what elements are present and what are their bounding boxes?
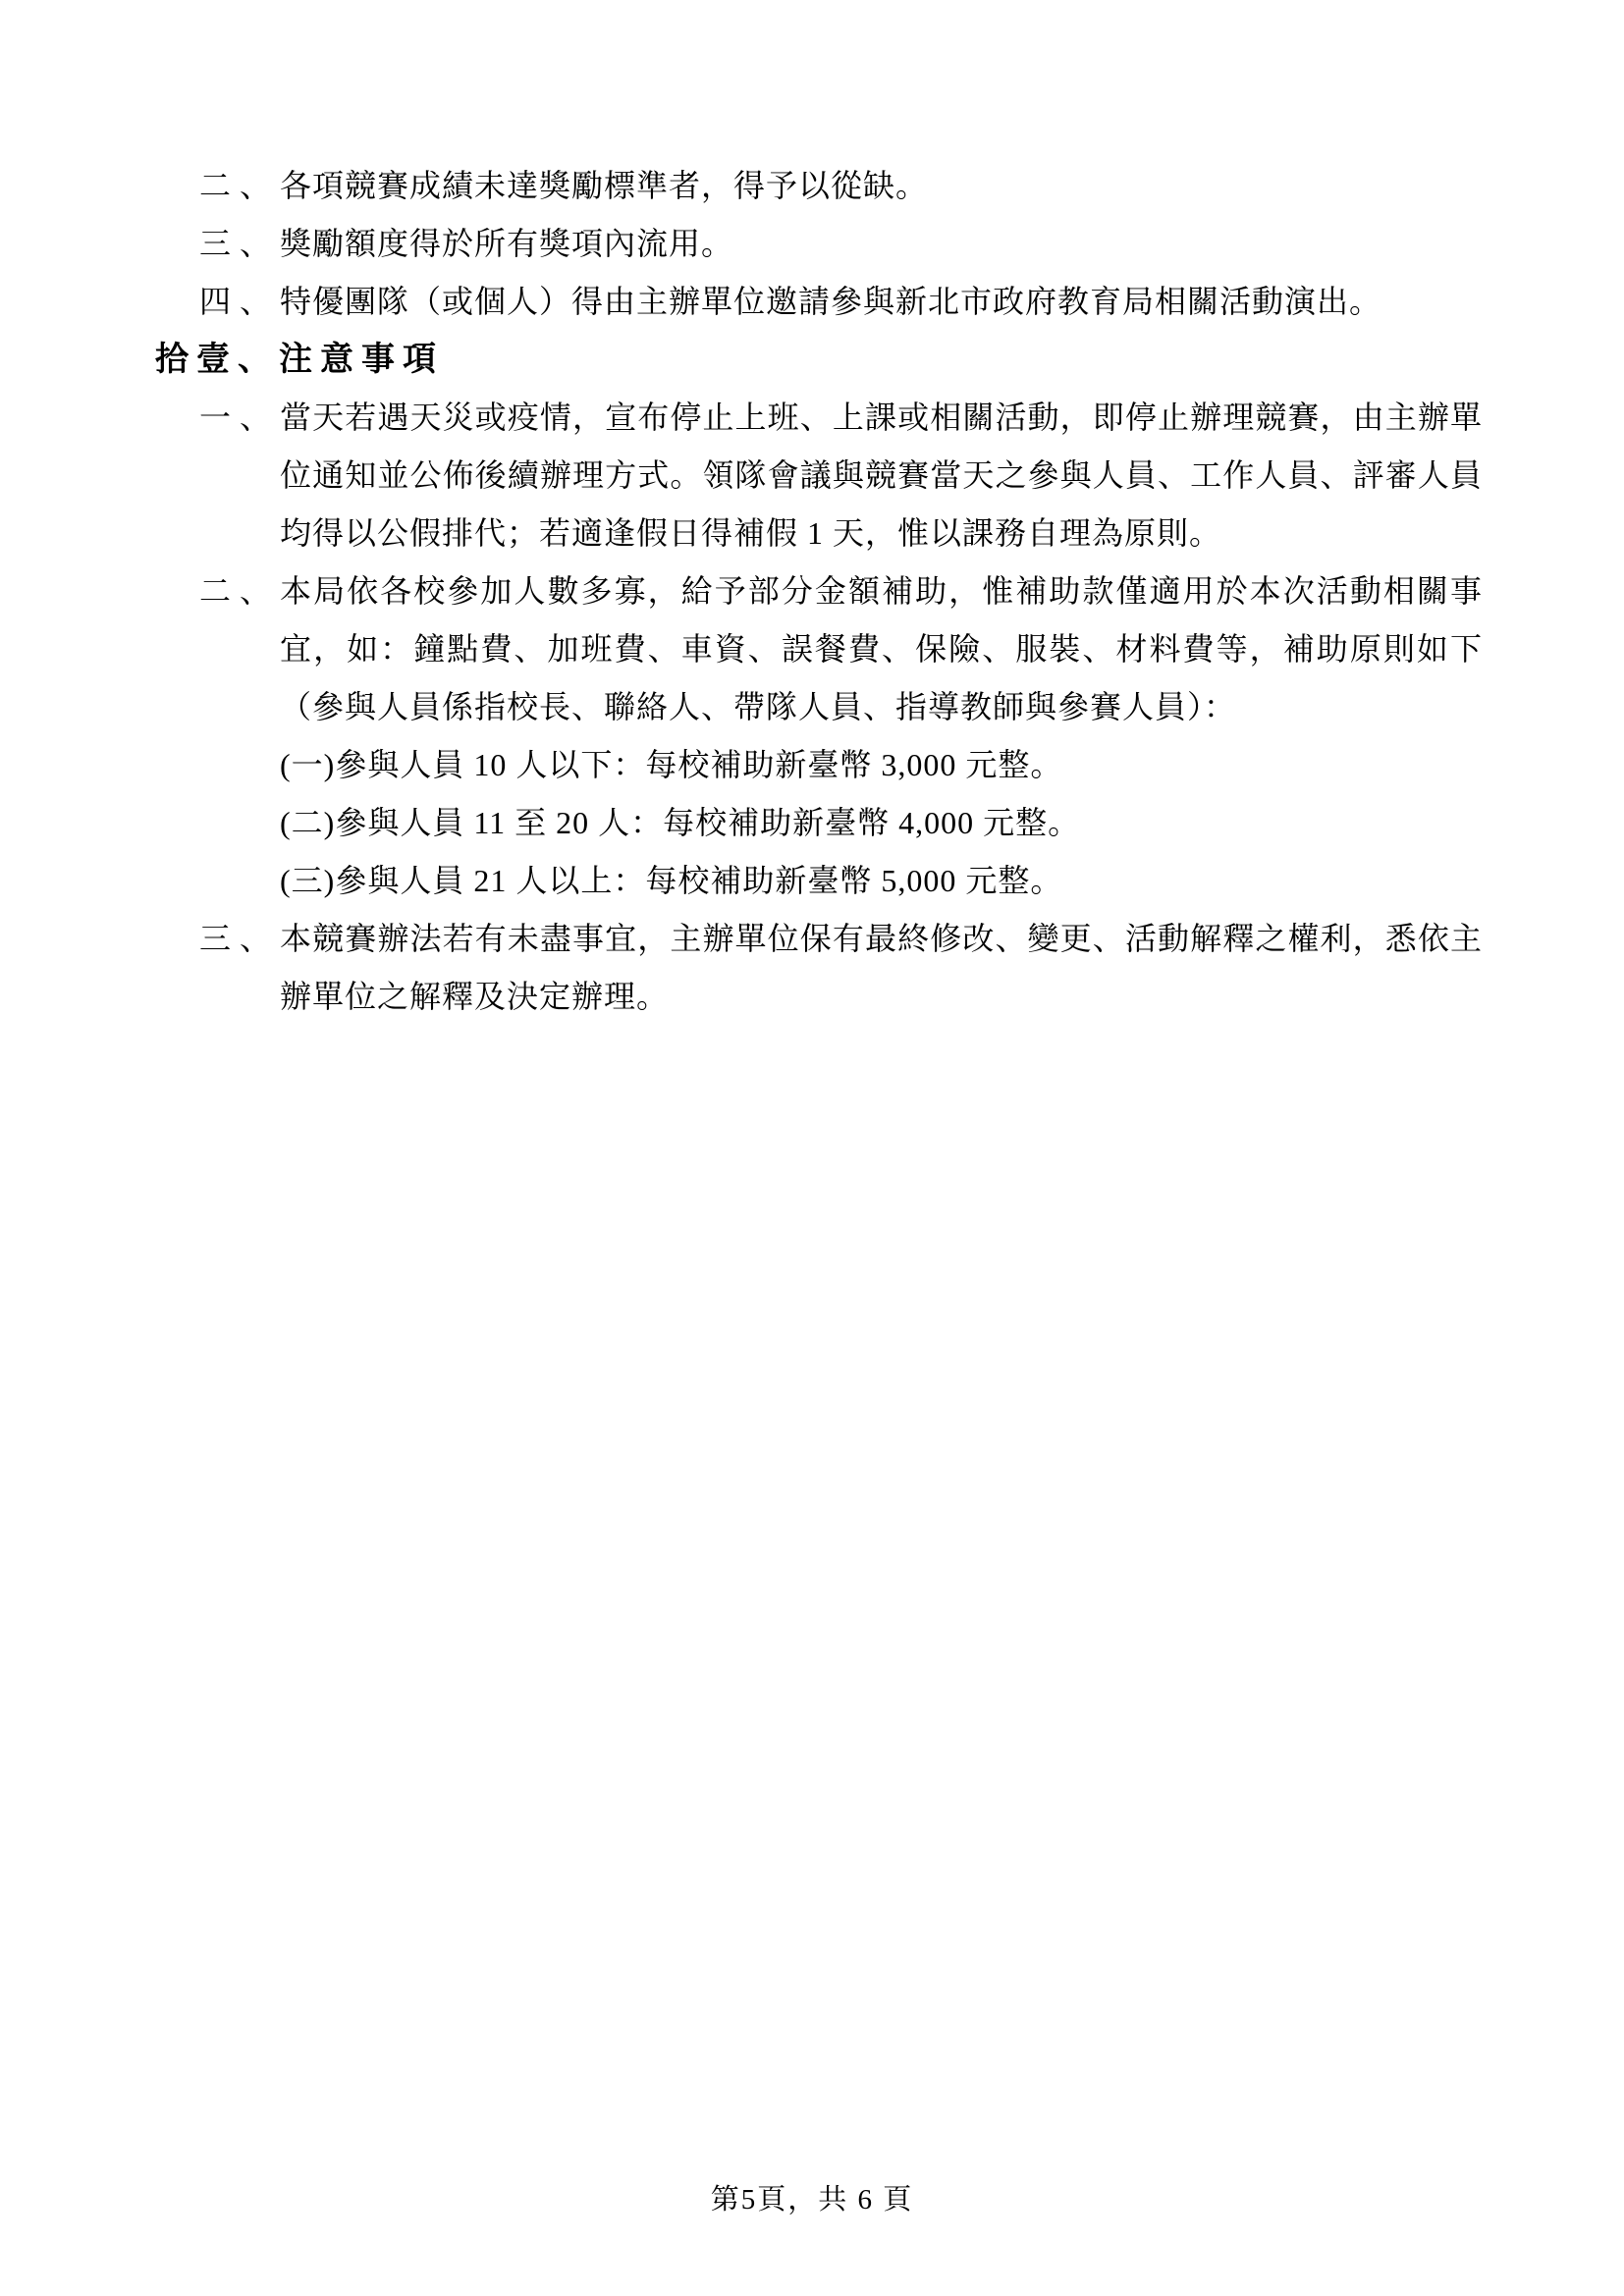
list-item-number: 二、 — [199, 562, 280, 910]
list-item-text: 本競賽辦法若有未盡事宜，主辦單位保有最終修改、變更、活動解釋之權利，悉依主辦單位… — [280, 910, 1483, 1026]
list-item-body: 獎勵額度得於所有獎項內流用。 — [280, 215, 1483, 273]
sub-item: (三)參與人員 21 人以上：每校補助新臺幣 5,000 元整。 — [280, 852, 1483, 910]
list-item-number: 一、 — [199, 389, 280, 562]
section-heading: 拾壹、注意事項 — [155, 331, 1483, 389]
list-item: 二、 各項競賽成績未達獎勵標準者，得予以從缺。 — [199, 157, 1483, 215]
list-item-number: 四、 — [199, 273, 280, 331]
list-item: 三、 本競賽辦法若有未盡事宜，主辦單位保有最終修改、變更、活動解釋之權利，悉依主… — [199, 910, 1483, 1026]
sub-item: (二)參與人員 11 至 20 人：每校補助新臺幣 4,000 元整。 — [280, 794, 1483, 852]
list-item-text: 本局依各校參加人數多寡，給予部分金額補助，惟補助款僅適用於本次活動相關事宜，如：… — [280, 562, 1483, 736]
list-item: 二、 本局依各校參加人數多寡，給予部分金額補助，惟補助款僅適用於本次活動相關事宜… — [199, 562, 1483, 910]
list-item: 三、 獎勵額度得於所有獎項內流用。 — [199, 215, 1483, 273]
list-item-text: 特優團隊（或個人）得由主辦單位邀請參與新北市政府教育局相關活動演出。 — [280, 273, 1483, 331]
list-item-text: 當天若遇天災或疫情，宣布停止上班、上課或相關活動，即停止辦理競賽，由主辦單位通知… — [280, 389, 1483, 562]
list-item-body: 特優團隊（或個人）得由主辦單位邀請參與新北市政府教育局相關活動演出。 — [280, 273, 1483, 331]
sub-item: (一)參與人員 10 人以下：每校補助新臺幣 3,000 元整。 — [280, 736, 1483, 794]
list-item-text: 獎勵額度得於所有獎項內流用。 — [280, 215, 1483, 273]
list-item-body: 當天若遇天災或疫情，宣布停止上班、上課或相關活動，即停止辦理競賽，由主辦單位通知… — [280, 389, 1483, 562]
list-item-text: 各項競賽成績未達獎勵標準者，得予以從缺。 — [280, 157, 1483, 215]
list-item-number: 二、 — [199, 157, 280, 215]
list-item-body: 本競賽辦法若有未盡事宜，主辦單位保有最終修改、變更、活動解釋之權利，悉依主辦單位… — [280, 910, 1483, 1026]
list-item-body: 各項競賽成績未達獎勵標準者，得予以從缺。 — [280, 157, 1483, 215]
document-content: 二、 各項競賽成績未達獎勵標準者，得予以從缺。 三、 獎勵額度得於所有獎項內流用… — [155, 157, 1483, 1026]
list-item: 四、 特優團隊（或個人）得由主辦單位邀請參與新北市政府教育局相關活動演出。 — [199, 273, 1483, 331]
list-item-number: 三、 — [199, 215, 280, 273]
list-item-body: 本局依各校參加人數多寡，給予部分金額補助，惟補助款僅適用於本次活動相關事宜，如：… — [280, 562, 1483, 910]
list-item-number: 三、 — [199, 910, 280, 1026]
list-item: 一、 當天若遇天災或疫情，宣布停止上班、上課或相關活動，即停止辦理競賽，由主辦單… — [199, 389, 1483, 562]
page-footer: 第5頁，共 6 頁 — [0, 2183, 1624, 2216]
